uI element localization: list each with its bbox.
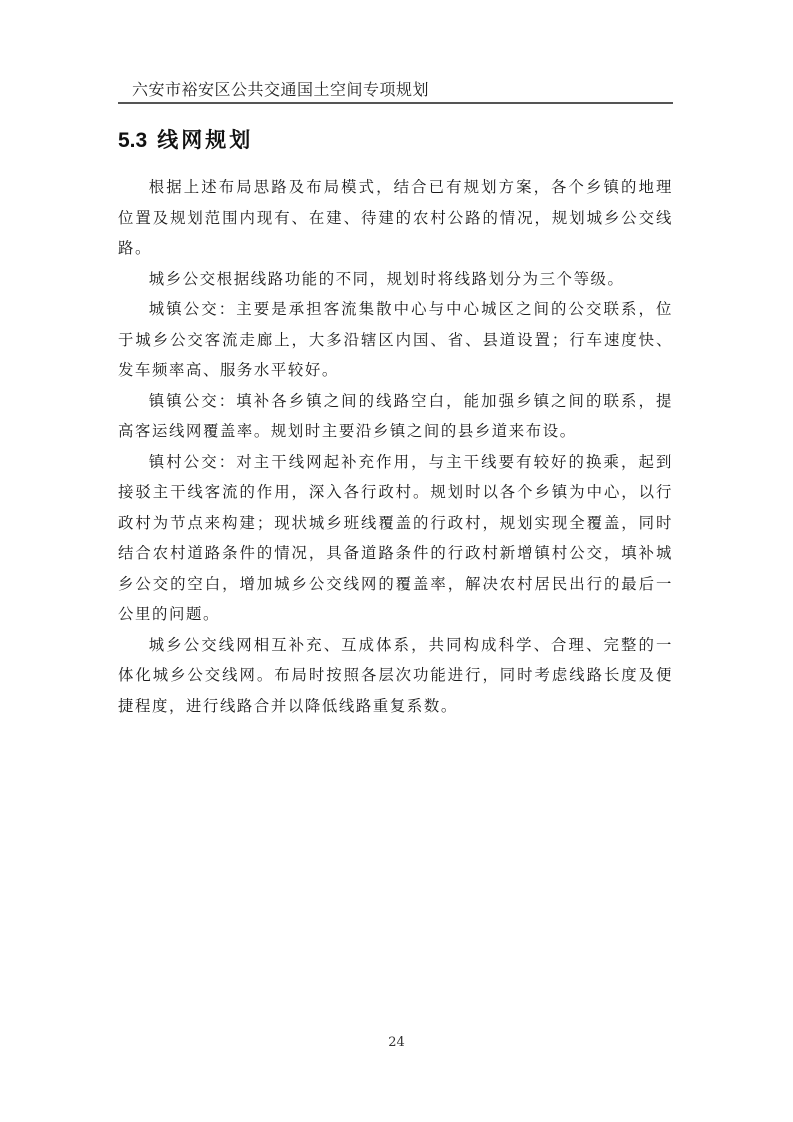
body-text: 根据上述布局思路及布局模式，结合已有规划方案，各个乡镇的地理位置及规划范围内现有…	[118, 172, 673, 721]
running-header: 六安市裕安区公共交通国土空间专项规划	[118, 80, 673, 104]
paragraph-town-to-town-bus: 镇镇公交：填补各乡镇之间的线路空白，能加强乡镇之间的联系，提高客运线网覆盖率。规…	[118, 386, 673, 447]
section-title: 线网规划	[157, 129, 253, 152]
running-header-title: 六安市裕安区公共交通国土空间专项规划	[132, 80, 429, 100]
section-number: 5.3	[118, 129, 147, 152]
page-number: 24	[0, 1035, 793, 1050]
paragraph-urban-bus: 城镇公交：主要是承担客流集散中心与中心城区之间的公交联系，位于城乡公交客流走廊上…	[118, 294, 673, 386]
paragraph-intro: 根据上述布局思路及布局模式，结合已有规划方案，各个乡镇的地理位置及规划范围内现有…	[118, 172, 673, 264]
paragraph-town-to-village-bus: 镇村公交：对主干线网起补充作用，与主干线要有较好的换乘，起到接驳主干线客流的作用…	[118, 447, 673, 630]
section-heading: 5.3线网规划	[118, 126, 253, 156]
paragraph-levels: 城乡公交根据线路功能的不同，规划时将线路划分为三个等级。	[118, 264, 673, 295]
paragraph-network-summary: 城乡公交线网相互补充、互成体系，共同构成科学、合理、完整的一体化城乡公交线网。布…	[118, 630, 673, 722]
